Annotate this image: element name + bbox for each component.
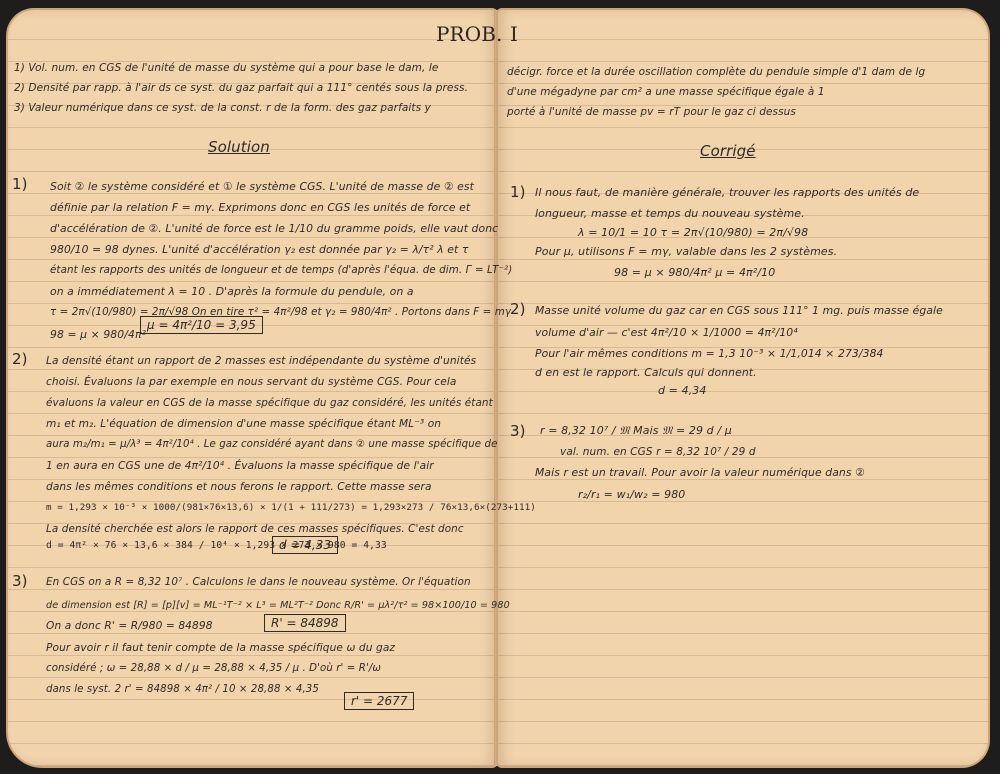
solution-part2-number: 2) (12, 350, 28, 368)
problem-title-number: I (510, 22, 518, 46)
solution-part1-line: Soit ② le système considéré et ① le syst… (50, 180, 474, 193)
corrige-part1-number: 1) (510, 183, 526, 201)
corrige-part1-line: longueur, masse et temps du nouveau syst… (535, 207, 805, 220)
corrige-part1-line: λ = 10/1 = 10 τ = 2π√(10/980) = 2π/√98 (578, 226, 808, 239)
statement-line-2-left: 2) Densité par rapp. à l'air ds ce syst.… (14, 82, 468, 94)
corrige-part1-line: 98 = μ × 980/4π² μ = 4π²/10 (614, 266, 775, 279)
corrige-part3-line: Mais r est un travail. Pour avoir la val… (535, 466, 865, 479)
solution-part2-line: La densité cherchée est alors le rapport… (46, 523, 464, 535)
solution-part3-line: de dimension est [R] = [p][v] = ML⁻¹T⁻² … (46, 600, 510, 611)
corrige-part1-line: Il nous faut, de manière générale, trouv… (535, 186, 919, 199)
solution-part3-line: Pour avoir r il faut tenir compte de la … (46, 642, 395, 654)
solution-part1-line: τ = 2π√(10/980) = 2π/√98 On en tire τ² =… (50, 306, 511, 318)
solution-part1-line: 980/10 = 98 dynes. L'unité d'accélératio… (50, 243, 468, 256)
solution-part3-R-result-box: R' = 84898 (264, 614, 346, 632)
solution-part2-line: m₁ et m₂. L'équation de dimension d'une … (46, 418, 441, 430)
solution-part1-line: étant les rapports des unités de longueu… (50, 264, 512, 276)
solution-part2-line: m = 1,293 × 10⁻³ × 1000/(981×76×13,6) × … (46, 502, 536, 513)
statement-line-2-right: d'une mégadyne par cm² a une masse spéci… (507, 86, 825, 98)
solution-part3-line: On a donc R' = R/980 = 84898 (46, 620, 213, 632)
solution-part3-line: En CGS on a R = 8,32 10⁷ . Calculons le … (46, 576, 471, 588)
solution-part1-line: 98 = μ × 980/4π² (50, 328, 146, 341)
corrige-part2-line: d = 4,34 (658, 384, 707, 397)
corrige-part1-line: Pour μ, utilisons F = mγ, valable dans l… (535, 245, 837, 258)
solution-part2-line: choisi. Évaluons la par exemple en nous … (46, 376, 457, 388)
statement-line-1-right: décigr. force et la durée oscillation co… (507, 66, 925, 78)
corrige-part3-line: r = 8,32 10⁷ / 𝔐 Mais 𝔐 = 29 d / μ (540, 424, 732, 438)
solution-part2-result-box: d = 4,33 (272, 536, 338, 554)
solution-part1-line: définie par la relation F = mγ. Exprimon… (50, 201, 470, 214)
corrige-part2-line: volume d'air — c'est 4π²/10 × 1/1000 = 4… (535, 326, 798, 339)
corrige-heading: Corrigé (700, 142, 756, 160)
corrige-part2-number: 2) (510, 300, 526, 318)
solution-part1-number: 1) (12, 175, 28, 193)
solution-part2-line: évaluons la valeur en CGS de la masse sp… (46, 397, 493, 409)
solution-part1-line: on a immédiatement λ = 10 . D'après la f… (50, 285, 414, 298)
corrige-part3-line: val. num. en CGS r = 8,32 10⁷ / 29 d (560, 446, 756, 458)
problem-title-prob: PROB. (436, 22, 502, 46)
solution-part1-result-box: μ = 4π²/10 = 3,95 (140, 316, 263, 334)
corrige-part2-line: d en est le rapport. Calculs qui donnent… (535, 366, 757, 379)
corrige-part3-line: r₂/r₁ = w₁/w₂ = 980 (578, 488, 685, 501)
solution-part3-number: 3) (12, 572, 28, 590)
corrige-part2-line: Pour l'air mêmes conditions m = 1,3 10⁻³… (535, 347, 884, 360)
statement-line-1-left: 1) Vol. num. en CGS de l'unité de masse … (14, 62, 438, 74)
solution-heading: Solution (208, 138, 270, 156)
corrige-part2-line: Masse unité volume du gaz car en CGS sou… (535, 304, 943, 317)
solution-part2-line: 1 en aura en CGS une de 4π²/10⁴ . Évaluo… (46, 460, 434, 472)
solution-part3-line: considéré ; ω = 28,88 × d / μ = 28,88 × … (46, 663, 381, 674)
right-notebook-page (498, 10, 988, 766)
solution-part1-line: d'accélération de ②. L'unité de force es… (50, 222, 498, 235)
statement-line-3-right: porté à l'unité de masse pv = rT pour le… (507, 106, 796, 118)
solution-part2-line: dans les mêmes conditions et nous ferons… (46, 481, 432, 493)
statement-line-3-left: 3) Valeur numérique dans ce syst. de la … (14, 102, 431, 114)
solution-part2-line: La densité étant un rapport de 2 masses … (46, 355, 476, 367)
corrige-part3-number: 3) (510, 422, 526, 440)
solution-part2-line: aura m₂/m₁ = μ/λ³ = 4π²/10⁴ . Le gaz con… (46, 439, 497, 450)
solution-part3-r-result-box: r' = 2677 (344, 692, 414, 710)
solution-part3-line: dans le syst. 2 r' = 84898 × 4π² / 10 × … (46, 684, 319, 695)
